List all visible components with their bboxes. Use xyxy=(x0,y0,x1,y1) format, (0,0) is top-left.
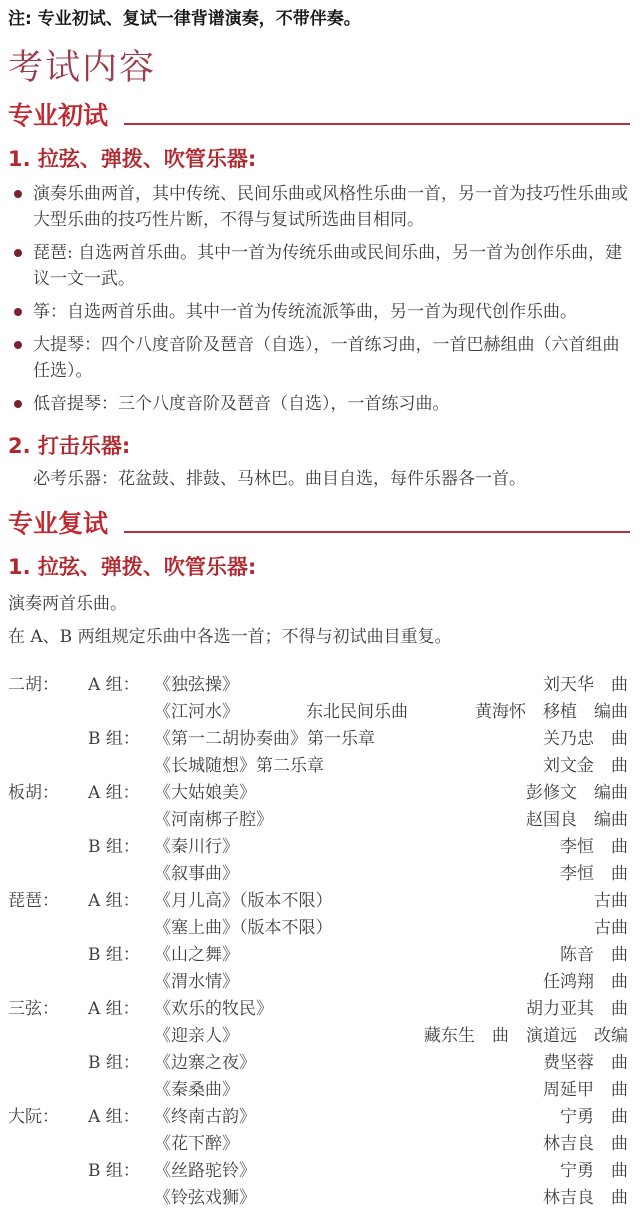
bullet-item: 筝：自选两首乐曲。其中一首为传统流派筝曲，另一首为现代创作乐曲。 xyxy=(8,299,630,325)
piece-title: 《长城随想》第二乐章 xyxy=(154,753,324,780)
composer-credit: 李恒 曲 xyxy=(560,861,628,888)
group-label xyxy=(88,1131,154,1158)
piece-title: 《渭水情》 xyxy=(154,969,239,996)
repertoire-table: 二胡： A 组： 《独弦操》刘天华 曲 《江河水》东北民间乐曲黄海怀 移植 编曲… xyxy=(8,672,630,1212)
bullet-dot-icon xyxy=(14,400,22,408)
section-retest-label: 专业复试 xyxy=(8,510,108,538)
piece-title: 《终南古韵》 xyxy=(154,1104,256,1131)
group-label xyxy=(88,1185,154,1212)
instrument-label xyxy=(8,969,88,996)
group-label: A 组： xyxy=(88,780,154,807)
piece-title: 《丝路驼铃》 xyxy=(154,1158,256,1185)
composer-credit: 费坚蓉 曲 xyxy=(543,1050,628,1077)
table-row: 大阮： A 组： 《终南古韵》宁勇 曲 xyxy=(8,1104,630,1131)
composer-credit: 宁勇 曲 xyxy=(560,1158,628,1185)
table-row: B 组： 《秦川行》李恒 曲 xyxy=(8,834,630,861)
bullet-item: 低音提琴：三个八度音阶及琶音（自选），一首练习曲。 xyxy=(8,391,630,417)
table-row: 三弦： A 组： 《欢乐的牧民》胡力亚其 曲 xyxy=(8,996,630,1023)
top-note: 注: 专业初试、复试一律背谱演奏，不带伴奏。 xyxy=(8,8,630,30)
retest-intro-line-1: 演奏两首乐曲。 xyxy=(8,591,630,617)
composer-credit: 刘文金 曲 xyxy=(543,753,628,780)
piece-title: 《欢乐的牧民》 xyxy=(154,996,273,1023)
group-label xyxy=(88,1077,154,1104)
table-row: 《河南梆子腔》赵国良 编曲 xyxy=(8,807,630,834)
prelim-bullet-list: 演奏乐曲两首，其中传统、民间乐曲或风格性乐曲一首，另一首为技巧性乐曲或大型乐曲的… xyxy=(8,181,630,417)
bullet-dot-icon xyxy=(14,249,22,257)
group-label xyxy=(88,861,154,888)
composer-credit: 陈音 曲 xyxy=(560,942,628,969)
table-row: 琵琶： A 组： 《月儿高》（版本不限）古曲 xyxy=(8,888,630,915)
group-label: A 组： xyxy=(88,1104,154,1131)
bullet-text: 演奏乐曲两首，其中传统、民间乐曲或风格性乐曲一首，另一首为技巧性乐曲或大型乐曲的… xyxy=(33,184,628,230)
prelim-subsection-1-title: 1. 拉弦、弹拨、吹管乐器: xyxy=(8,147,630,171)
table-row: 《铃弦戏狮》林吉良 曲 xyxy=(8,1185,630,1212)
piece-title: 《独弦操》 xyxy=(154,672,239,699)
group-label xyxy=(88,753,154,780)
instrument-label xyxy=(8,834,88,861)
table-row: 《迎亲人》藏东生 曲 演道远 改编 xyxy=(8,1023,630,1050)
instrument-label xyxy=(8,1077,88,1104)
composer-credit: 李恒 曲 xyxy=(560,834,628,861)
piece-source: 东北民间乐曲 xyxy=(306,699,408,726)
group-label: A 组： xyxy=(88,996,154,1023)
group-label xyxy=(88,969,154,996)
bullet-dot-icon xyxy=(14,308,22,316)
table-row: 二胡： A 组： 《独弦操》刘天华 曲 xyxy=(8,672,630,699)
table-row: 《秦桑曲》周延甲 曲 xyxy=(8,1077,630,1104)
piece-title: 《边寨之夜》 xyxy=(154,1050,256,1077)
table-row: B 组： 《山之舞》陈音 曲 xyxy=(8,942,630,969)
piece-title: 《秦桑曲》 xyxy=(154,1077,239,1104)
instrument-label: 大阮： xyxy=(8,1104,88,1131)
table-row: 《塞上曲》（版本不限）古曲 xyxy=(8,915,630,942)
section-rule-line xyxy=(124,123,630,125)
bullet-item: 琵琶: 自选两首乐曲。其中一首为传统乐曲或民间乐曲，另一首为创作乐曲，建议一文一… xyxy=(8,240,630,292)
instrument-label: 琵琶： xyxy=(8,888,88,915)
instrument-label xyxy=(8,915,88,942)
prelim-subsection-2-body: 必考乐器：花盆鼓、排鼓、马林巴。曲目自选，每件乐器各一首。 xyxy=(8,466,630,492)
composer-credit: 古曲 xyxy=(594,915,628,942)
composer-credit: 黄海怀 移植 编曲 xyxy=(475,699,628,726)
instrument-label xyxy=(8,942,88,969)
composer-credit: 林吉良 曲 xyxy=(543,1131,628,1158)
table-row: 《长城随想》第二乐章刘文金 曲 xyxy=(8,753,630,780)
composer-credit: 胡力亚其 曲 xyxy=(526,996,628,1023)
piece-title: 《河南梆子腔》 xyxy=(154,807,273,834)
section-retest-heading: 专业复试 xyxy=(8,510,630,538)
group-label xyxy=(88,807,154,834)
group-label: B 组： xyxy=(88,726,154,753)
piece-title: 《铃弦戏狮》 xyxy=(154,1185,256,1212)
group-label xyxy=(88,915,154,942)
table-row: 《江河水》东北民间乐曲黄海怀 移植 编曲 xyxy=(8,699,630,726)
composer-credit: 赵国良 编曲 xyxy=(526,807,628,834)
composer-credit: 关乃忠 曲 xyxy=(543,726,628,753)
bullet-text: 琵琶: 自选两首乐曲。其中一首为传统乐曲或民间乐曲，另一首为创作乐曲，建议一文一… xyxy=(33,243,622,289)
composer-credit: 宁勇 曲 xyxy=(560,1104,628,1131)
table-row: B 组： 《丝路驼铃》宁勇 曲 xyxy=(8,1158,630,1185)
section-preliminary-label: 专业初试 xyxy=(8,102,108,130)
table-row: 板胡： A 组： 《大姑娘美》彭修文 编曲 xyxy=(8,780,630,807)
bullet-item: 演奏乐曲两首，其中传统、民间乐曲或风格性乐曲一首，另一首为技巧性乐曲或大型乐曲的… xyxy=(8,181,630,233)
group-label: A 组： xyxy=(88,888,154,915)
section-rule-line xyxy=(124,531,630,533)
instrument-label: 板胡： xyxy=(8,780,88,807)
piece-title: 《山之舞》 xyxy=(154,942,239,969)
document-page: 注: 专业初试、复试一律背谱演奏，不带伴奏。 考试内容 专业初试 1. 拉弦、弹… xyxy=(0,0,640,1212)
bullet-text: 大提琴：四个八度音阶及琶音（自选），一首练习曲，一首巴赫组曲（六首组曲任选）。 xyxy=(33,335,620,381)
page-title: 考试内容 xyxy=(8,46,630,90)
instrument-label xyxy=(8,861,88,888)
bullet-item: 大提琴：四个八度音阶及琶音（自选），一首练习曲，一首巴赫组曲（六首组曲任选）。 xyxy=(8,332,630,384)
instrument-label xyxy=(8,1185,88,1212)
section-preliminary-heading: 专业初试 xyxy=(8,102,630,130)
instrument-label xyxy=(8,1131,88,1158)
piece-title: 《花下醉》 xyxy=(154,1131,239,1158)
bullet-text: 低音提琴：三个八度音阶及琶音（自选），一首练习曲。 xyxy=(33,394,450,414)
instrument-label xyxy=(8,699,88,726)
piece-title: 《月儿高》（版本不限） xyxy=(154,888,333,915)
piece-title: 《大姑娘美》 xyxy=(154,780,256,807)
instrument-label xyxy=(8,807,88,834)
piece-title: 《迎亲人》 xyxy=(154,1023,239,1050)
piece-title: 《第一二胡协奏曲》第一乐章 xyxy=(154,726,375,753)
group-label xyxy=(88,1023,154,1050)
table-row: 《渭水情》任鸿翔 曲 xyxy=(8,969,630,996)
piece-title: 《秦川行》 xyxy=(154,834,239,861)
instrument-label xyxy=(8,1050,88,1077)
piece-title: 《塞上曲》（版本不限） xyxy=(154,915,333,942)
table-row: B 组： 《第一二胡协奏曲》第一乐章关乃忠 曲 xyxy=(8,726,630,753)
group-label: B 组： xyxy=(88,942,154,969)
group-label: A 组： xyxy=(88,672,154,699)
group-label xyxy=(88,699,154,726)
table-row: 《花下醉》林吉良 曲 xyxy=(8,1131,630,1158)
instrument-label xyxy=(8,726,88,753)
table-row: B 组： 《边寨之夜》费坚蓉 曲 xyxy=(8,1050,630,1077)
retest-intro-line-2: 在 A、B 两组规定乐曲中各选一首；不得与初试曲目重复。 xyxy=(8,624,630,650)
composer-credit: 周延甲 曲 xyxy=(543,1077,628,1104)
composer-credit: 藏东生 曲 演道远 改编 xyxy=(424,1023,628,1050)
table-row: 《叙事曲》李恒 曲 xyxy=(8,861,630,888)
composer-credit: 林吉良 曲 xyxy=(543,1185,628,1212)
retest-subsection-title: 1. 拉弦、弹拨、吹管乐器: xyxy=(8,555,630,579)
instrument-label xyxy=(8,1023,88,1050)
piece-title: 《叙事曲》 xyxy=(154,861,239,888)
group-label: B 组： xyxy=(88,1050,154,1077)
bullet-dot-icon xyxy=(14,341,22,349)
instrument-label xyxy=(8,753,88,780)
bullet-text: 筝：自选两首乐曲。其中一首为传统流派筝曲，另一首为现代创作乐曲。 xyxy=(33,302,577,322)
composer-credit: 刘天华 曲 xyxy=(543,672,628,699)
bullet-dot-icon xyxy=(14,190,22,198)
composer-credit: 任鸿翔 曲 xyxy=(543,969,628,996)
instrument-label: 三弦： xyxy=(8,996,88,1023)
composer-credit: 古曲 xyxy=(594,888,628,915)
group-label: B 组： xyxy=(88,834,154,861)
composer-credit: 彭修文 编曲 xyxy=(526,780,628,807)
group-label: B 组： xyxy=(88,1158,154,1185)
instrument-label xyxy=(8,1158,88,1185)
prelim-subsection-2-title: 2. 打击乐器: xyxy=(8,434,630,458)
instrument-label: 二胡： xyxy=(8,672,88,699)
piece-title: 《江河水》 xyxy=(154,699,239,726)
